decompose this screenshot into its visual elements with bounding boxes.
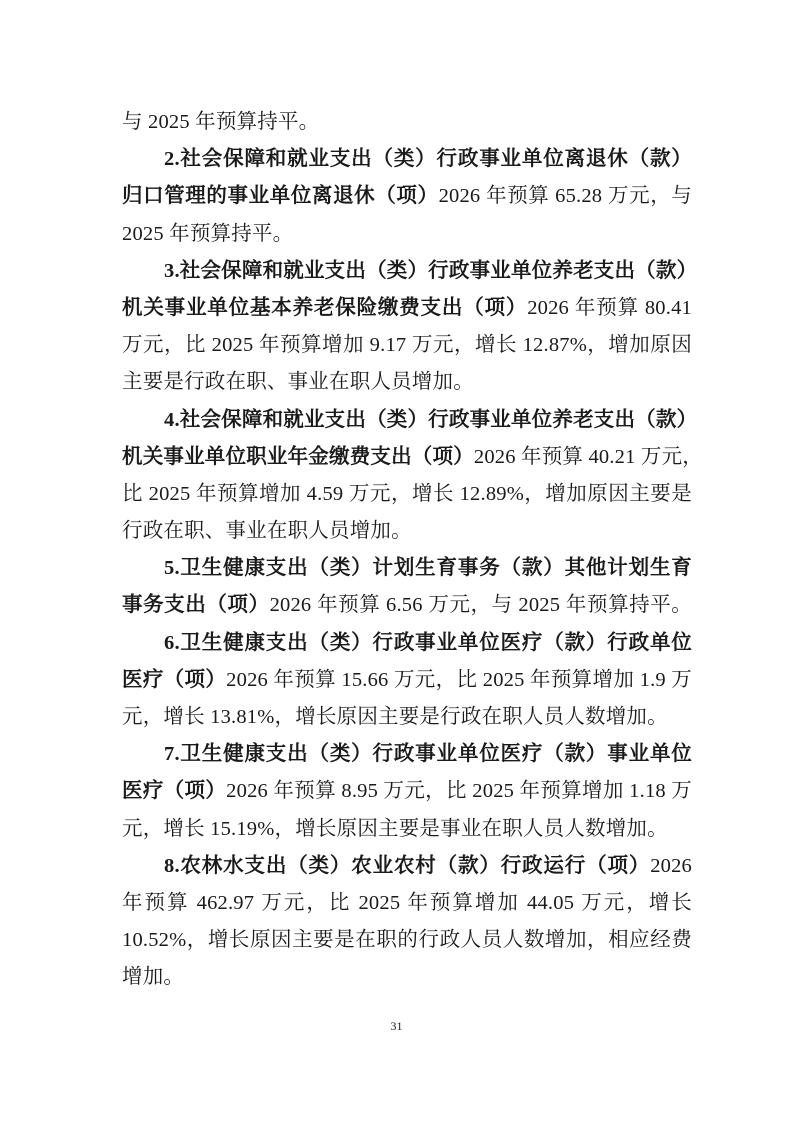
- body-text: 2025 年预算持平。: [122, 223, 293, 245]
- document-body: 与 2025 年预算持平。2.社会保障和就业支出（类）行政事业单位离退休（款）归…: [122, 104, 692, 997]
- text-line: 万元，比 2025 年预算增加 9.17 万元，增长 12.87%，增加原因: [122, 327, 692, 364]
- text-line: 年预算 462.97 万元，比 2025 年预算增加 44.05 万元，增长: [122, 885, 692, 922]
- body-text: 万元，比 2025 年预算增加 9.17 万元，增长 12.87%，增加原因: [122, 334, 692, 356]
- text-line: 机关事业单位职业年金缴费支出（项）2026 年预算 40.21 万元，: [122, 439, 692, 476]
- document-page: 与 2025 年预算持平。2.社会保障和就业支出（类）行政事业单位离退休（款）归…: [0, 0, 793, 1122]
- body-text: 比 2025 年预算增加 4.59 万元，增长 12.89%，增加原因主要是: [122, 483, 692, 505]
- text-line: 主要是行政在职、事业在职人员增加。: [122, 364, 692, 401]
- body-text: 2026 年预算 15.66 万元，比 2025 年预算增加 1.9 万: [226, 669, 692, 691]
- heading-text: 机关事业单位基本养老保险缴费支出（项）: [122, 297, 527, 319]
- heading-text: 归口管理的事业单位离退休（项）: [122, 185, 439, 207]
- text-line: 增加。: [122, 959, 692, 996]
- body-text: 元，增长 13.81%，增长原因主要是行政在职人员人数增加。: [122, 706, 668, 728]
- paragraph: 2.社会保障和就业支出（类）行政事业单位离退休（款）归口管理的事业单位离退休（项…: [122, 141, 692, 253]
- body-text: 元，增长 15.19%，增长原因主要是事业在职人员人数增加。: [122, 818, 668, 840]
- text-line: 与 2025 年预算持平。: [122, 104, 692, 141]
- paragraph: 5.卫生健康支出（类）计划生育事务（款）其他计划生育事务支出（项）2026 年预…: [122, 550, 692, 624]
- body-text: 与 2025 年预算持平。: [122, 111, 319, 133]
- body-text: 年预算 462.97 万元，比 2025 年预算增加 44.05 万元，增长: [122, 892, 692, 914]
- paragraph: 8.农林水支出（类）农业农村（款）行政运行（项）2026年预算 462.97 万…: [122, 848, 692, 997]
- page-number: 31: [0, 1019, 793, 1034]
- text-line: 3.社会保障和就业支出（类）行政事业单位养老支出（款）: [122, 253, 692, 290]
- body-text: 2026 年预算 65.28 万元，与: [439, 185, 692, 207]
- text-line: 机关事业单位基本养老保险缴费支出（项）2026 年预算 80.41: [122, 290, 692, 327]
- heading-text: 3.社会保障和就业支出（类）行政事业单位养老支出（款）: [164, 260, 697, 282]
- body-text: 10.52%，增长原因主要是在职的行政人员人数增加，相应经费: [122, 929, 692, 951]
- heading-text: 4.社会保障和就业支出（类）行政事业单位养老支出（款）: [164, 409, 697, 431]
- heading-text: 医疗（项）: [122, 780, 226, 802]
- heading-text: 8.农林水支出（类）农业农村（款）行政运行（项）: [164, 855, 650, 877]
- text-line: 8.农林水支出（类）农业农村（款）行政运行（项）2026: [122, 848, 692, 885]
- heading-text: 7.卫生健康支出（类）行政事业单位医疗（款）事业单位: [164, 743, 692, 765]
- body-text: 2026: [650, 855, 692, 877]
- text-line: 医疗（项）2026 年预算 8.95 万元，比 2025 年预算增加 1.18 …: [122, 773, 692, 810]
- paragraph: 与 2025 年预算持平。: [122, 104, 692, 141]
- paragraph: 4.社会保障和就业支出（类）行政事业单位养老支出（款）机关事业单位职业年金缴费支…: [122, 402, 692, 551]
- paragraph: 3.社会保障和就业支出（类）行政事业单位养老支出（款）机关事业单位基本养老保险缴…: [122, 253, 692, 402]
- body-text: 2026 年预算 40.21 万元，: [474, 446, 703, 468]
- heading-text: 6.卫生健康支出（类）行政事业单位医疗（款）行政单位: [164, 632, 692, 654]
- heading-text: 医疗（项）: [122, 669, 226, 691]
- heading-text: 事务支出（项）: [122, 594, 270, 616]
- text-line: 元，增长 13.81%，增长原因主要是行政在职人员人数增加。: [122, 699, 692, 736]
- text-line: 2025 年预算持平。: [122, 216, 692, 253]
- text-line: 5.卫生健康支出（类）计划生育事务（款）其他计划生育: [122, 550, 692, 587]
- text-line: 比 2025 年预算增加 4.59 万元，增长 12.89%，增加原因主要是: [122, 476, 692, 513]
- body-text: 主要是行政在职、事业在职人员增加。: [122, 371, 474, 393]
- heading-text: 2.社会保障和就业支出（类）行政事业单位离退休（款）: [164, 148, 692, 170]
- text-line: 4.社会保障和就业支出（类）行政事业单位养老支出（款）: [122, 402, 692, 439]
- text-line: 元，增长 15.19%，增长原因主要是事业在职人员人数增加。: [122, 811, 692, 848]
- text-line: 行政在职、事业在职人员增加。: [122, 513, 692, 550]
- text-line: 6.卫生健康支出（类）行政事业单位医疗（款）行政单位: [122, 625, 692, 662]
- text-line: 7.卫生健康支出（类）行政事业单位医疗（款）事业单位: [122, 736, 692, 773]
- heading-text: 5.卫生健康支出（类）计划生育事务（款）其他计划生育: [164, 557, 692, 579]
- paragraph: 7.卫生健康支出（类）行政事业单位医疗（款）事业单位医疗（项）2026 年预算 …: [122, 736, 692, 848]
- body-text: 行政在职、事业在职人员增加。: [122, 520, 412, 542]
- text-line: 2.社会保障和就业支出（类）行政事业单位离退休（款）: [122, 141, 692, 178]
- text-line: 医疗（项）2026 年预算 15.66 万元，比 2025 年预算增加 1.9 …: [122, 662, 692, 699]
- heading-text: 机关事业单位职业年金缴费支出（项）: [122, 446, 474, 468]
- body-text: 2026 年预算 6.56 万元，与 2025 年预算持平。: [270, 594, 692, 616]
- body-text: 2026 年预算 8.95 万元，比 2025 年预算增加 1.18 万: [226, 780, 692, 802]
- body-text: 2026 年预算 80.41: [527, 297, 692, 319]
- text-line: 归口管理的事业单位离退休（项）2026 年预算 65.28 万元，与: [122, 178, 692, 215]
- text-line: 10.52%，增长原因主要是在职的行政人员人数增加，相应经费: [122, 922, 692, 959]
- body-text: 增加。: [122, 966, 184, 988]
- text-line: 事务支出（项）2026 年预算 6.56 万元，与 2025 年预算持平。: [122, 587, 692, 624]
- paragraph: 6.卫生健康支出（类）行政事业单位医疗（款）行政单位医疗（项）2026 年预算 …: [122, 625, 692, 737]
